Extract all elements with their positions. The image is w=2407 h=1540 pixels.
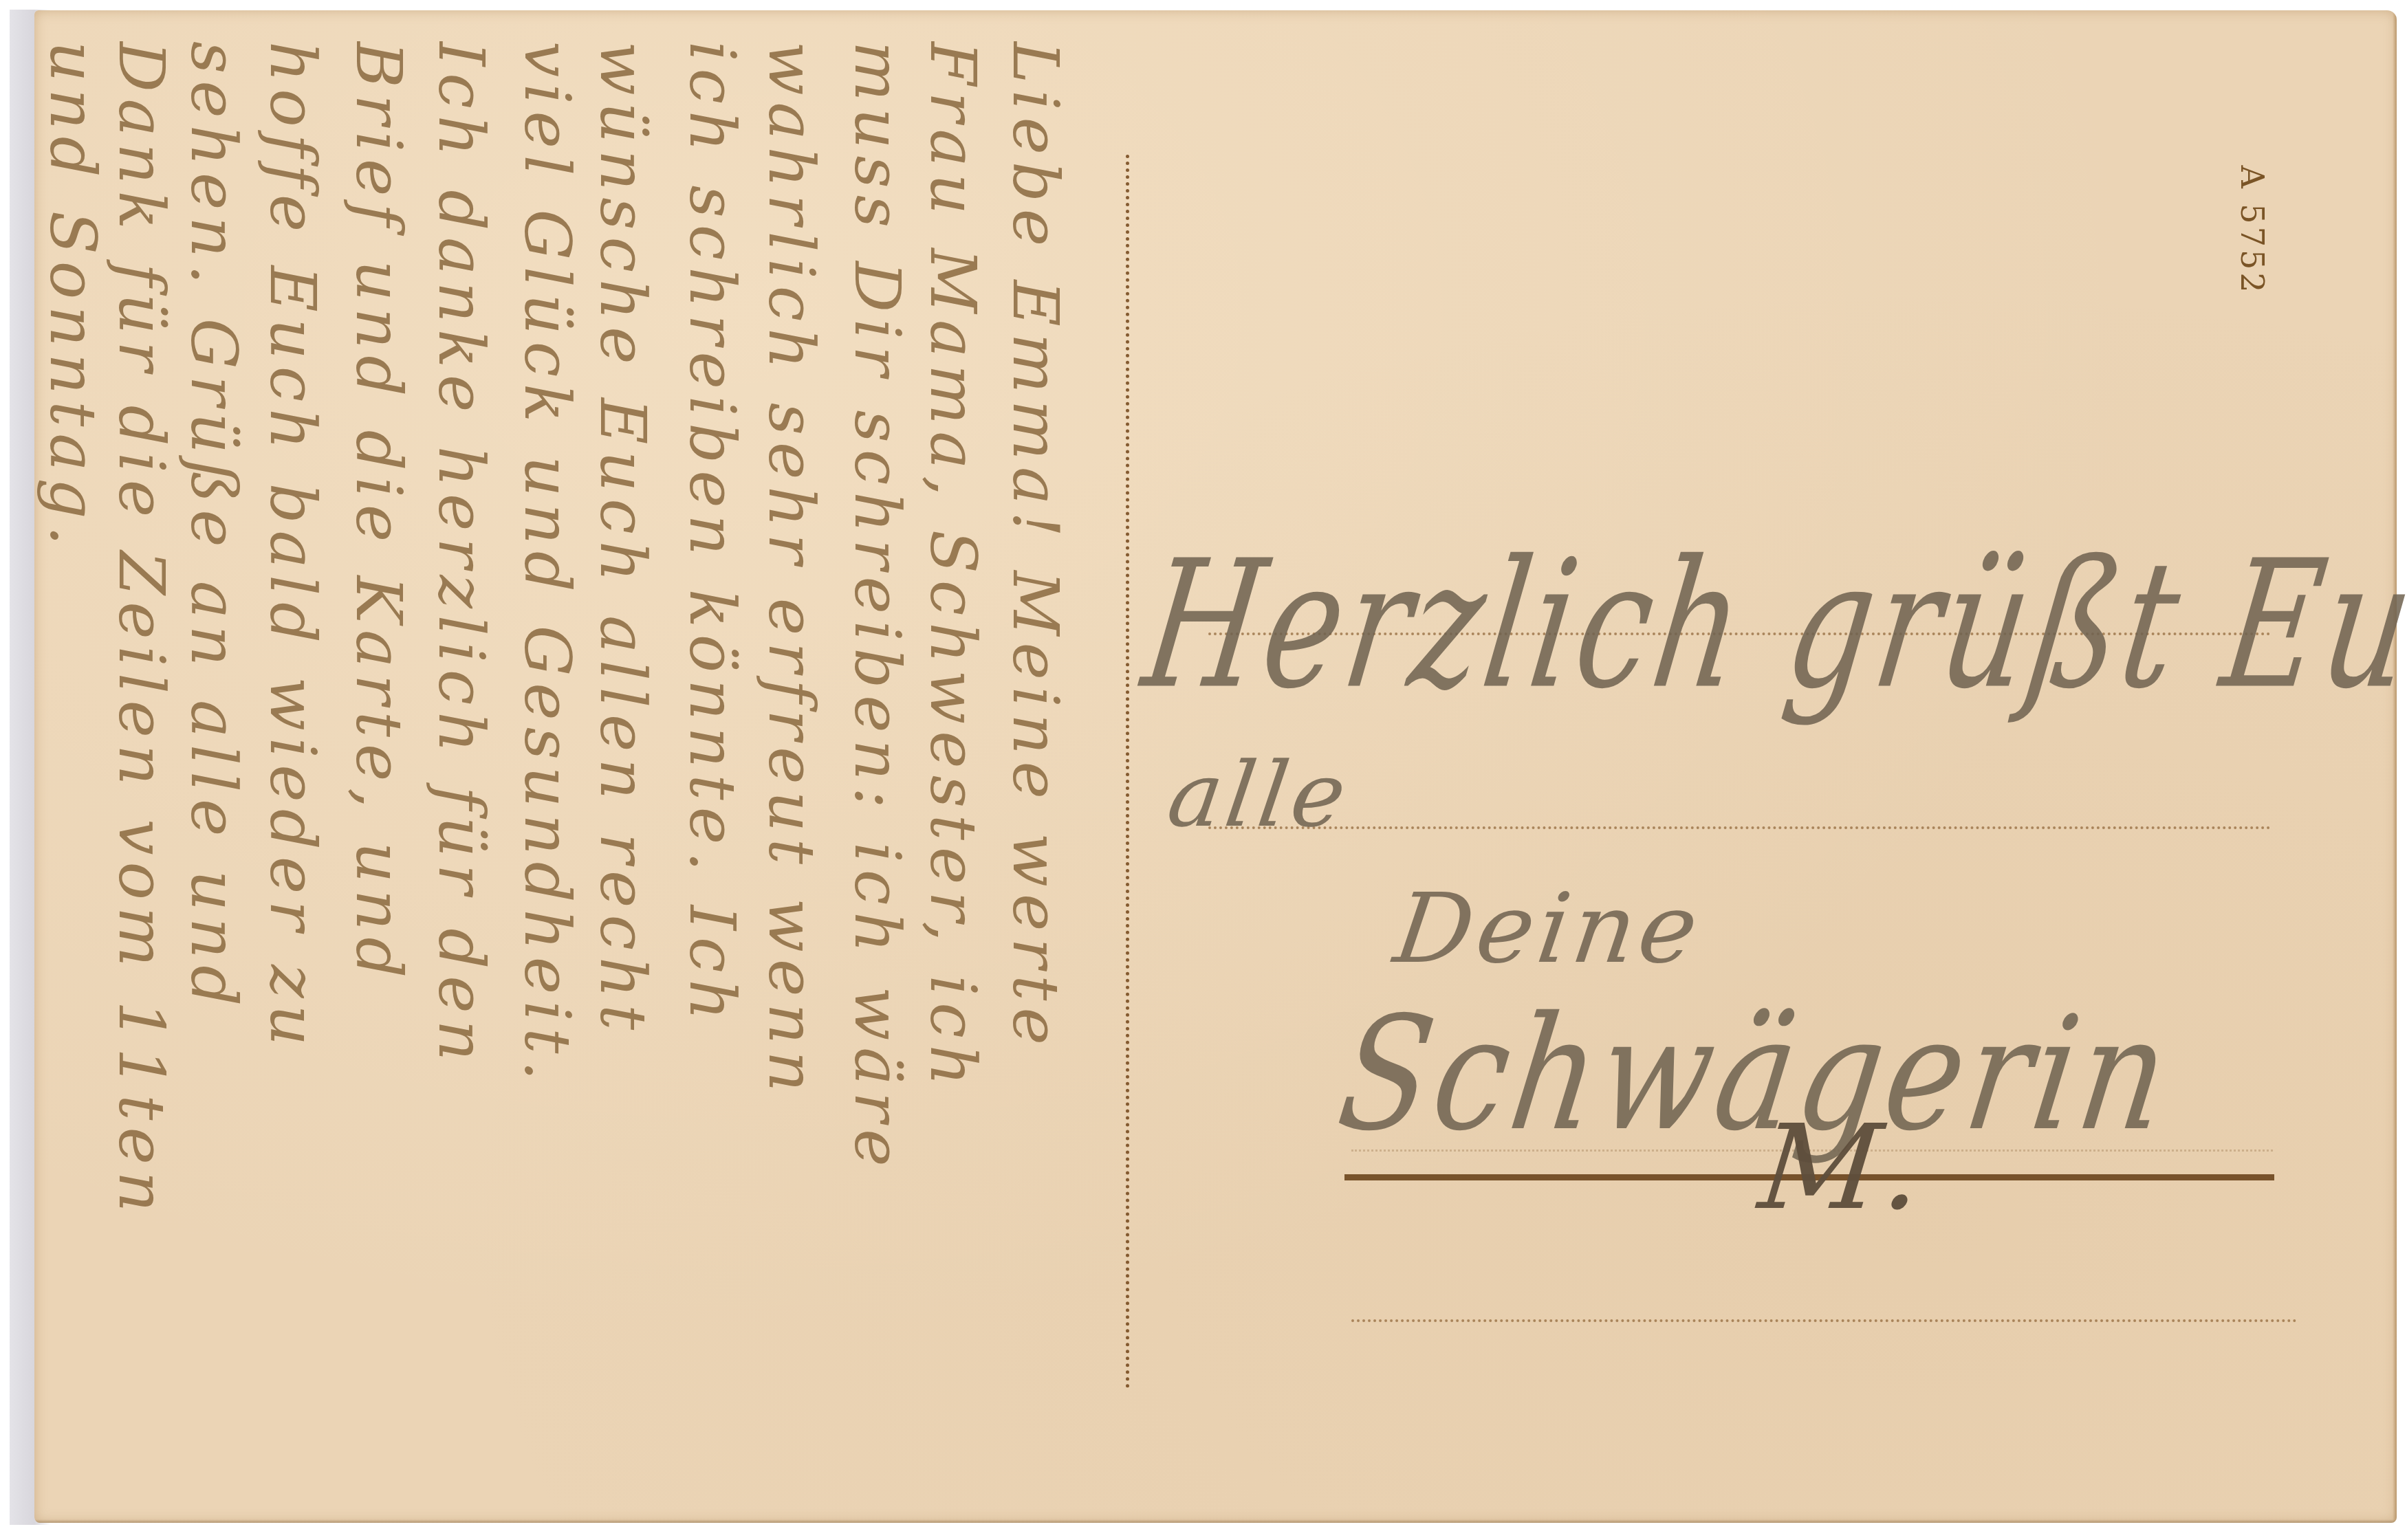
- address-rule-2: [1208, 826, 2271, 829]
- address-line-greeting: Herzlich grüßt Euch: [1133, 522, 2407, 727]
- message-line: Brief und die Karte, und: [340, 41, 416, 1485]
- message-line: ich schreiben könnte. Ich: [674, 41, 750, 1485]
- message-line: hoffe Euch bald wieder zu: [254, 41, 330, 1485]
- message-line: Ich danke herzlich für den: [423, 41, 499, 1485]
- message-line: viel Glück und Gesundheit.: [509, 41, 585, 1485]
- signature: M.: [1754, 1100, 1933, 1236]
- address-line-relation: Schwägerin: [1329, 983, 2182, 1165]
- message-line: Liebe Emma! Meine werte: [997, 41, 1073, 1485]
- printed-card-code: A 5752: [2232, 155, 2273, 306]
- message-line: sehen. Grüße an alle und: [175, 41, 251, 1485]
- message-line: Dank für die Zeilen vom 11ten: [103, 41, 179, 1485]
- address-line-all: alle: [1162, 742, 1356, 847]
- message-line: Frau Mama, Schwester, ich: [915, 41, 990, 1485]
- card-edge: [2393, 10, 2397, 1523]
- message-line: muss Dir schreiben: ich wäre: [839, 41, 915, 1485]
- handwritten-message: Liebe Emma! Meine werte Frau Mama, Schwe…: [0, 0, 1128, 1540]
- message-line: wünsche Euch allen recht: [585, 41, 660, 1485]
- address-rule-4: [1351, 1319, 2297, 1322]
- address-line-your: Deine: [1388, 873, 1709, 985]
- message-line: und Sonntag.: [34, 41, 110, 1485]
- message-line: wahrlich sehr erfreut wenn: [753, 41, 829, 1485]
